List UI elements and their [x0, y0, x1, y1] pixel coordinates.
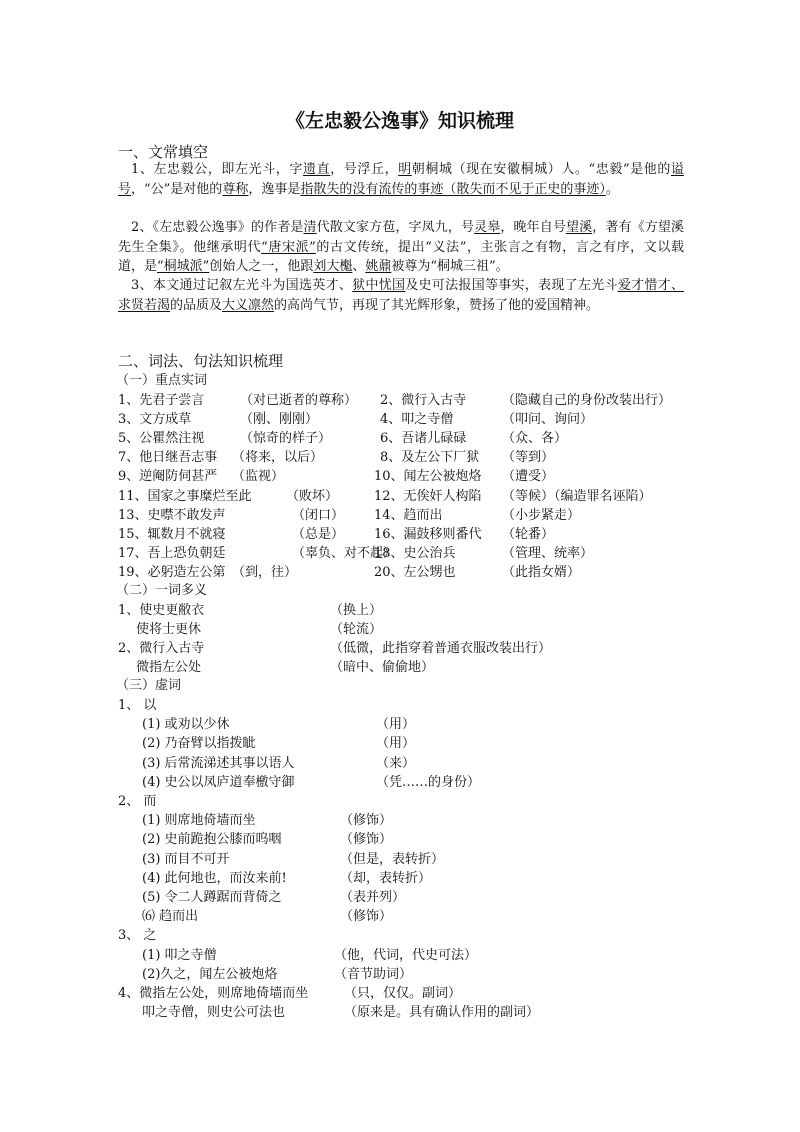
text-segment: 的品质及: [170, 298, 222, 313]
function-word-gloss: （原来是。具有确认作用的副词）: [344, 1003, 539, 1022]
function-word-example: (2) 乃奋臂以指拨眦: [142, 734, 256, 753]
polysemy-example: 使将士更休: [136, 620, 201, 639]
function-word-example: (2) 史前跪抱公膝而呜咽: [142, 830, 282, 849]
underlined-answer: 姚鼐: [365, 259, 391, 274]
function-word-example: (1) 则席地倚墙而坐: [142, 811, 256, 830]
function-word-example: (5) 令二人蹲踞而背倚之: [142, 888, 282, 907]
part1-heading: （一）重点实词: [116, 371, 207, 390]
underlined-answer: 大义凛然: [222, 298, 274, 313]
document-page: 《左忠毅公逸事》知识梳理 一、文常填空 1、左忠毅公，即左光斗，字遗直，号浮丘，…: [0, 0, 800, 1132]
text-segment: 朝桐城（现在安徽桐城）人。“忠毅”是他的: [412, 162, 671, 177]
function-word-example: 4、微指左公处，则席地倚墙而坐: [118, 984, 308, 1003]
function-word-example: ⑹ 趋而出: [142, 907, 198, 926]
paragraph-3: 3、本文通过记叙左光斗为国选英才、狱中忧国及史可法报国等事实，表现了左光斗爱才惜…: [118, 276, 684, 315]
paragraph-1: 1、左忠毅公，即左光斗，字遗直，号浮丘，明朝桐城（现在安徽桐城）人。“忠毅”是他…: [118, 160, 684, 199]
polysemy-gloss: （低微，此指穿着普通衣服改装出行）: [330, 639, 551, 658]
word-gloss: （管理、统率）: [502, 544, 593, 563]
word-example: 6、吾诸儿碌碌: [380, 429, 466, 448]
function-word-example: (3) 而目不可开: [142, 850, 230, 869]
underlined-answer: 狱中忧国: [352, 278, 405, 293]
function-word-label: 1、 以: [118, 696, 156, 715]
word-gloss: （败坏）: [286, 487, 338, 506]
underlined-answer: 刘大櫆: [313, 259, 352, 274]
text-segment: 2、《左忠毅公逸事》的作者是: [131, 220, 303, 235]
function-word-gloss: （表并列）: [340, 888, 405, 907]
function-word-gloss: （凭……的身份）: [376, 773, 480, 792]
word-example: 11、国家之事糜烂至此: [118, 487, 252, 506]
word-example: 17、吾上恐负朝廷: [118, 544, 226, 563]
word-gloss: （遭受）: [502, 467, 554, 486]
text-segment: 被尊为“桐城三祖”。: [391, 259, 508, 274]
underlined-answer: 遗直: [303, 162, 330, 177]
word-gloss: （众、各）: [502, 429, 567, 448]
function-word-gloss: （音节助词）: [334, 965, 412, 984]
word-example: 12、无俟奸人构陷: [374, 487, 482, 506]
polysemy-gloss: （暗中、偷偷地）: [330, 658, 434, 677]
word-gloss: （到，往）: [232, 563, 297, 582]
underlined-answer: 指散失的没有流传的事迹（散失而不见于正史的事迹）: [300, 182, 606, 197]
polysemy-example: 2、微行入古寺: [118, 639, 204, 658]
word-example: 5、公瞿然注视: [118, 429, 204, 448]
text-segment: ，“公”是对他的: [131, 182, 222, 197]
text-segment: 1、左忠毅公，即左光斗，字: [131, 162, 303, 177]
word-gloss: （刚、刚刚）: [240, 410, 318, 429]
text-segment: ，逸事是: [248, 182, 300, 197]
part2-heading: （二）一词多义: [116, 581, 207, 600]
word-gloss: （等到）: [502, 448, 554, 467]
text-segment: 、: [352, 259, 365, 274]
word-example: 10、闻左公被炮烙: [374, 467, 482, 486]
underlined-answer: 尊称: [222, 182, 248, 197]
function-word-gloss: （修饰）: [340, 830, 392, 849]
underlined-answer: 灵皋: [474, 220, 500, 235]
function-word-example: (4) 史公以凤庐道奉檄守御: [142, 773, 295, 792]
text-segment: ，晚年自号: [500, 220, 566, 235]
word-gloss: （监视）: [232, 467, 284, 486]
function-word-gloss: （用）: [376, 734, 415, 753]
paragraph-2: 2、《左忠毅公逸事》的作者是清代散文家方苞，字凤九，号灵皋，晚年自号望溪，著有《…: [118, 218, 684, 277]
word-example: 13、史噤不敢发声: [118, 506, 226, 525]
word-gloss: （总是）: [292, 525, 344, 544]
word-example: 2、微行入古寺: [380, 391, 466, 410]
word-gloss: （此指女婿）: [502, 563, 580, 582]
word-example: 14、趋而出: [374, 506, 443, 525]
word-gloss: （轮番）: [502, 525, 554, 544]
function-word-gloss: （只，仅仅。副词）: [344, 984, 461, 1003]
function-word-example: (4) 此何地也，而汝来前!: [142, 869, 287, 888]
word-example: 4、叩之寺僧: [380, 410, 453, 429]
section1-heading: 一、文常填空: [118, 141, 208, 162]
underlined-answer: 望溪: [566, 220, 592, 235]
word-gloss: （闭口）: [292, 506, 344, 525]
word-example: 1、先君子尝言: [118, 391, 204, 410]
function-word-example: (2)久之，闻左公被炮烙: [142, 965, 277, 984]
function-word-gloss: （修饰）: [340, 907, 392, 926]
word-gloss: （小步紧走）: [502, 506, 580, 525]
function-word-gloss: （用）: [376, 715, 415, 734]
section2-heading: 二、词法、句法知识梳理: [118, 350, 283, 371]
document-title: 《左忠毅公逸事》知识梳理: [0, 106, 800, 133]
function-word-gloss: （他，代词，代史可法）: [334, 946, 477, 965]
function-word-gloss: （来）: [376, 754, 415, 773]
word-gloss: （惊奇的样子）: [240, 429, 331, 448]
polysemy-example: 1、使史更敝衣: [118, 601, 204, 620]
word-gloss: （对已逝者的尊称）: [240, 391, 357, 410]
function-word-example: (3) 后常流涕述其事以语人: [142, 754, 295, 773]
word-gloss: （等候）（编造罪名诬陷）: [502, 487, 652, 506]
word-gloss: （隐藏自己的身份改装出行）: [502, 391, 671, 410]
text-segment: 的高尚气节，再现了其光辉形象，赞扬了他的爱国精神。: [274, 298, 599, 313]
underlined-answer: 明: [398, 162, 412, 177]
underlined-answer: “桐城派”: [157, 259, 209, 274]
word-example: 15、辄数月不就寝: [118, 525, 226, 544]
text-segment: 及史可法报国等事实，表现了左光斗: [405, 278, 618, 293]
word-example: 7、他日继吾志事: [118, 448, 217, 467]
word-example: 18、史公治兵: [374, 544, 456, 563]
word-example: 20、左公甥也: [374, 563, 456, 582]
word-example: 3、文方成草: [118, 410, 191, 429]
text-segment: 代散文家方苞，字凤九，号: [317, 220, 474, 235]
polysemy-example: 微指左公处: [136, 658, 201, 677]
underlined-answer: 清: [303, 220, 316, 235]
function-word-gloss: （却，表转折）: [340, 869, 431, 888]
text-segment: 。: [606, 182, 619, 197]
part3-heading: （三）虚词: [116, 676, 181, 695]
word-example: 16、漏鼓移则番代: [374, 525, 482, 544]
text-segment: 创始人之一，他跟: [209, 259, 313, 274]
function-word-example: (1) 或劝以少休: [142, 715, 230, 734]
polysemy-gloss: （轮流）: [330, 620, 382, 639]
word-example: 19、必躬造左公第: [118, 563, 226, 582]
word-example: 9、逆阉防伺甚严: [118, 467, 217, 486]
underlined-answer: “唐宋派”: [261, 240, 316, 255]
function-word-label: 2、 而: [118, 792, 156, 811]
text-segment: 3、本文通过记叙左光斗为国选英才、: [131, 278, 352, 293]
function-word-gloss: （修饰）: [340, 811, 392, 830]
word-gloss: （将来，以后）: [232, 448, 323, 467]
word-example: 8、及左公下厂狱: [380, 448, 479, 467]
function-word-example: (1) 叩之寺僧: [142, 946, 217, 965]
polysemy-gloss: （换上）: [330, 601, 382, 620]
function-word-example: 叩之寺僧，则史公可法也: [142, 1003, 285, 1022]
function-word-label: 3、 之: [118, 926, 156, 945]
word-gloss: （叩问、询问）: [502, 410, 593, 429]
function-word-gloss: （但是，表转折）: [340, 850, 444, 869]
text-segment: ，号浮丘，: [330, 162, 398, 177]
